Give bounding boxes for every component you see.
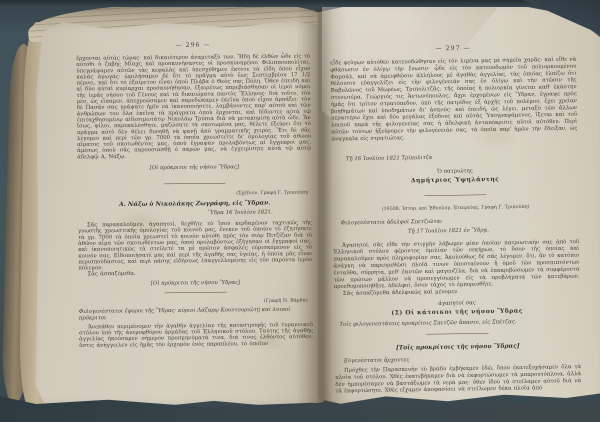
right-address-line: Φιλογενέστατοι ἀδελφοὶ Σπετζιῶται (333, 215, 579, 225)
left-salute: Σᾶς ἀσπαζόμεθα. (78, 269, 312, 278)
section-divider (424, 194, 486, 195)
right-page-text-column: — 297 — εἶδε φεύγων αὐτόθεν κατευοδώθησα… (330, 42, 581, 394)
section-divider (163, 183, 225, 184)
section-divider (427, 333, 489, 334)
page-number-left: — 296 — (76, 40, 310, 50)
book-photo-scene: — 296 — ἔρχονται αὐτὰς τώρας· καὶ δικαιό… (0, 0, 600, 422)
left-page-text-column: — 296 — ἔρχονται αὐτὰς τώρας· καὶ δικαιό… (76, 40, 313, 349)
left-dateline: Ὕδρα 16 Ἰουλίου 1821. (78, 208, 312, 217)
background-top-edge (0, 0, 600, 7)
right-paragraph-2: Ἀγαπητοί, σᾶς εἴθε τὴν στιγμὴν λάβωμεν μ… (333, 238, 580, 290)
right-paragraph-3: Πρόχθες τὴν Παρασκευὴν τὸ βράδυ ἐμβήκαμε… (335, 363, 581, 394)
left-paragraph-3: Ἀνεκάθεν περιμένομεν τὴν ἀγαθὴν ἀγγελίαν… (79, 321, 313, 348)
right-dateline-2: Τῇ 17 Ἰουλίου 1821 ἐν Ὕδρᾳ. (333, 225, 579, 235)
left-closing-2: [Οἱ πρόκριτοι τῆς νήσου Ὕδρας] (78, 278, 312, 287)
left-paragraph-2: Σᾶς παρακαλοῦμεν, ἀγαπητοί, δεχθῆτε τὸ ἴ… (78, 220, 313, 272)
left-address-line: Φιλογενέστατοι ἔφοροι τῆς Ὕδρας· κύριοι … (79, 305, 313, 320)
left-closing-1: [Οἱ πρόκριτοι τῆς νήσου Ὕδρας] (77, 163, 311, 172)
left-archive-credit-1: (Σχέδιον. Γραφὴ Γ. Τρικούπη) (78, 189, 312, 198)
left-letter-heading: Α. Νάξω ὁ Νικολάκης Ζωγράφη, εἰς Ὕδραν. (78, 199, 312, 208)
right-address-line-2: Τοῖς φιλογενεστάτοις προκρίτοις Σπετζῶν … (334, 317, 580, 327)
left-paragraph-1: ἔρχονται αὐτὰς τώρας· καὶ δικαιότερον ἀν… (76, 53, 311, 160)
left-archive-credit-2: (Γραφὴ Ν. Βάρδα) (79, 297, 313, 306)
right-signature-hydra: (Σ) Οἱ κάτοικοι τῆς νήσου Ὕδρας (334, 306, 580, 317)
right-signature-ypsilantis: Δημήτριος Ὑψηλάντης (332, 174, 578, 185)
section-divider (165, 292, 227, 293)
right-archive-credit: (19508. Ἱστορ. καὶ Ἐθνολογ. Ἑταιρείας, Γ… (333, 202, 579, 212)
right-letter-heading: [Τοῖς προκρίτοις τῆς νήσου Ὕδρας] (335, 341, 581, 352)
right-salutation: Εὐγενέστατοι ἄρχοντες (335, 354, 581, 364)
right-dateline-1: Τῇ 16 Ἰουλίου 1821 Τρίπολιτζα (332, 151, 578, 161)
right-paragraph-1: εἶδε φεύγων αὐτόθεν κατευοδώθησαν εἰς τὸ… (330, 56, 577, 143)
